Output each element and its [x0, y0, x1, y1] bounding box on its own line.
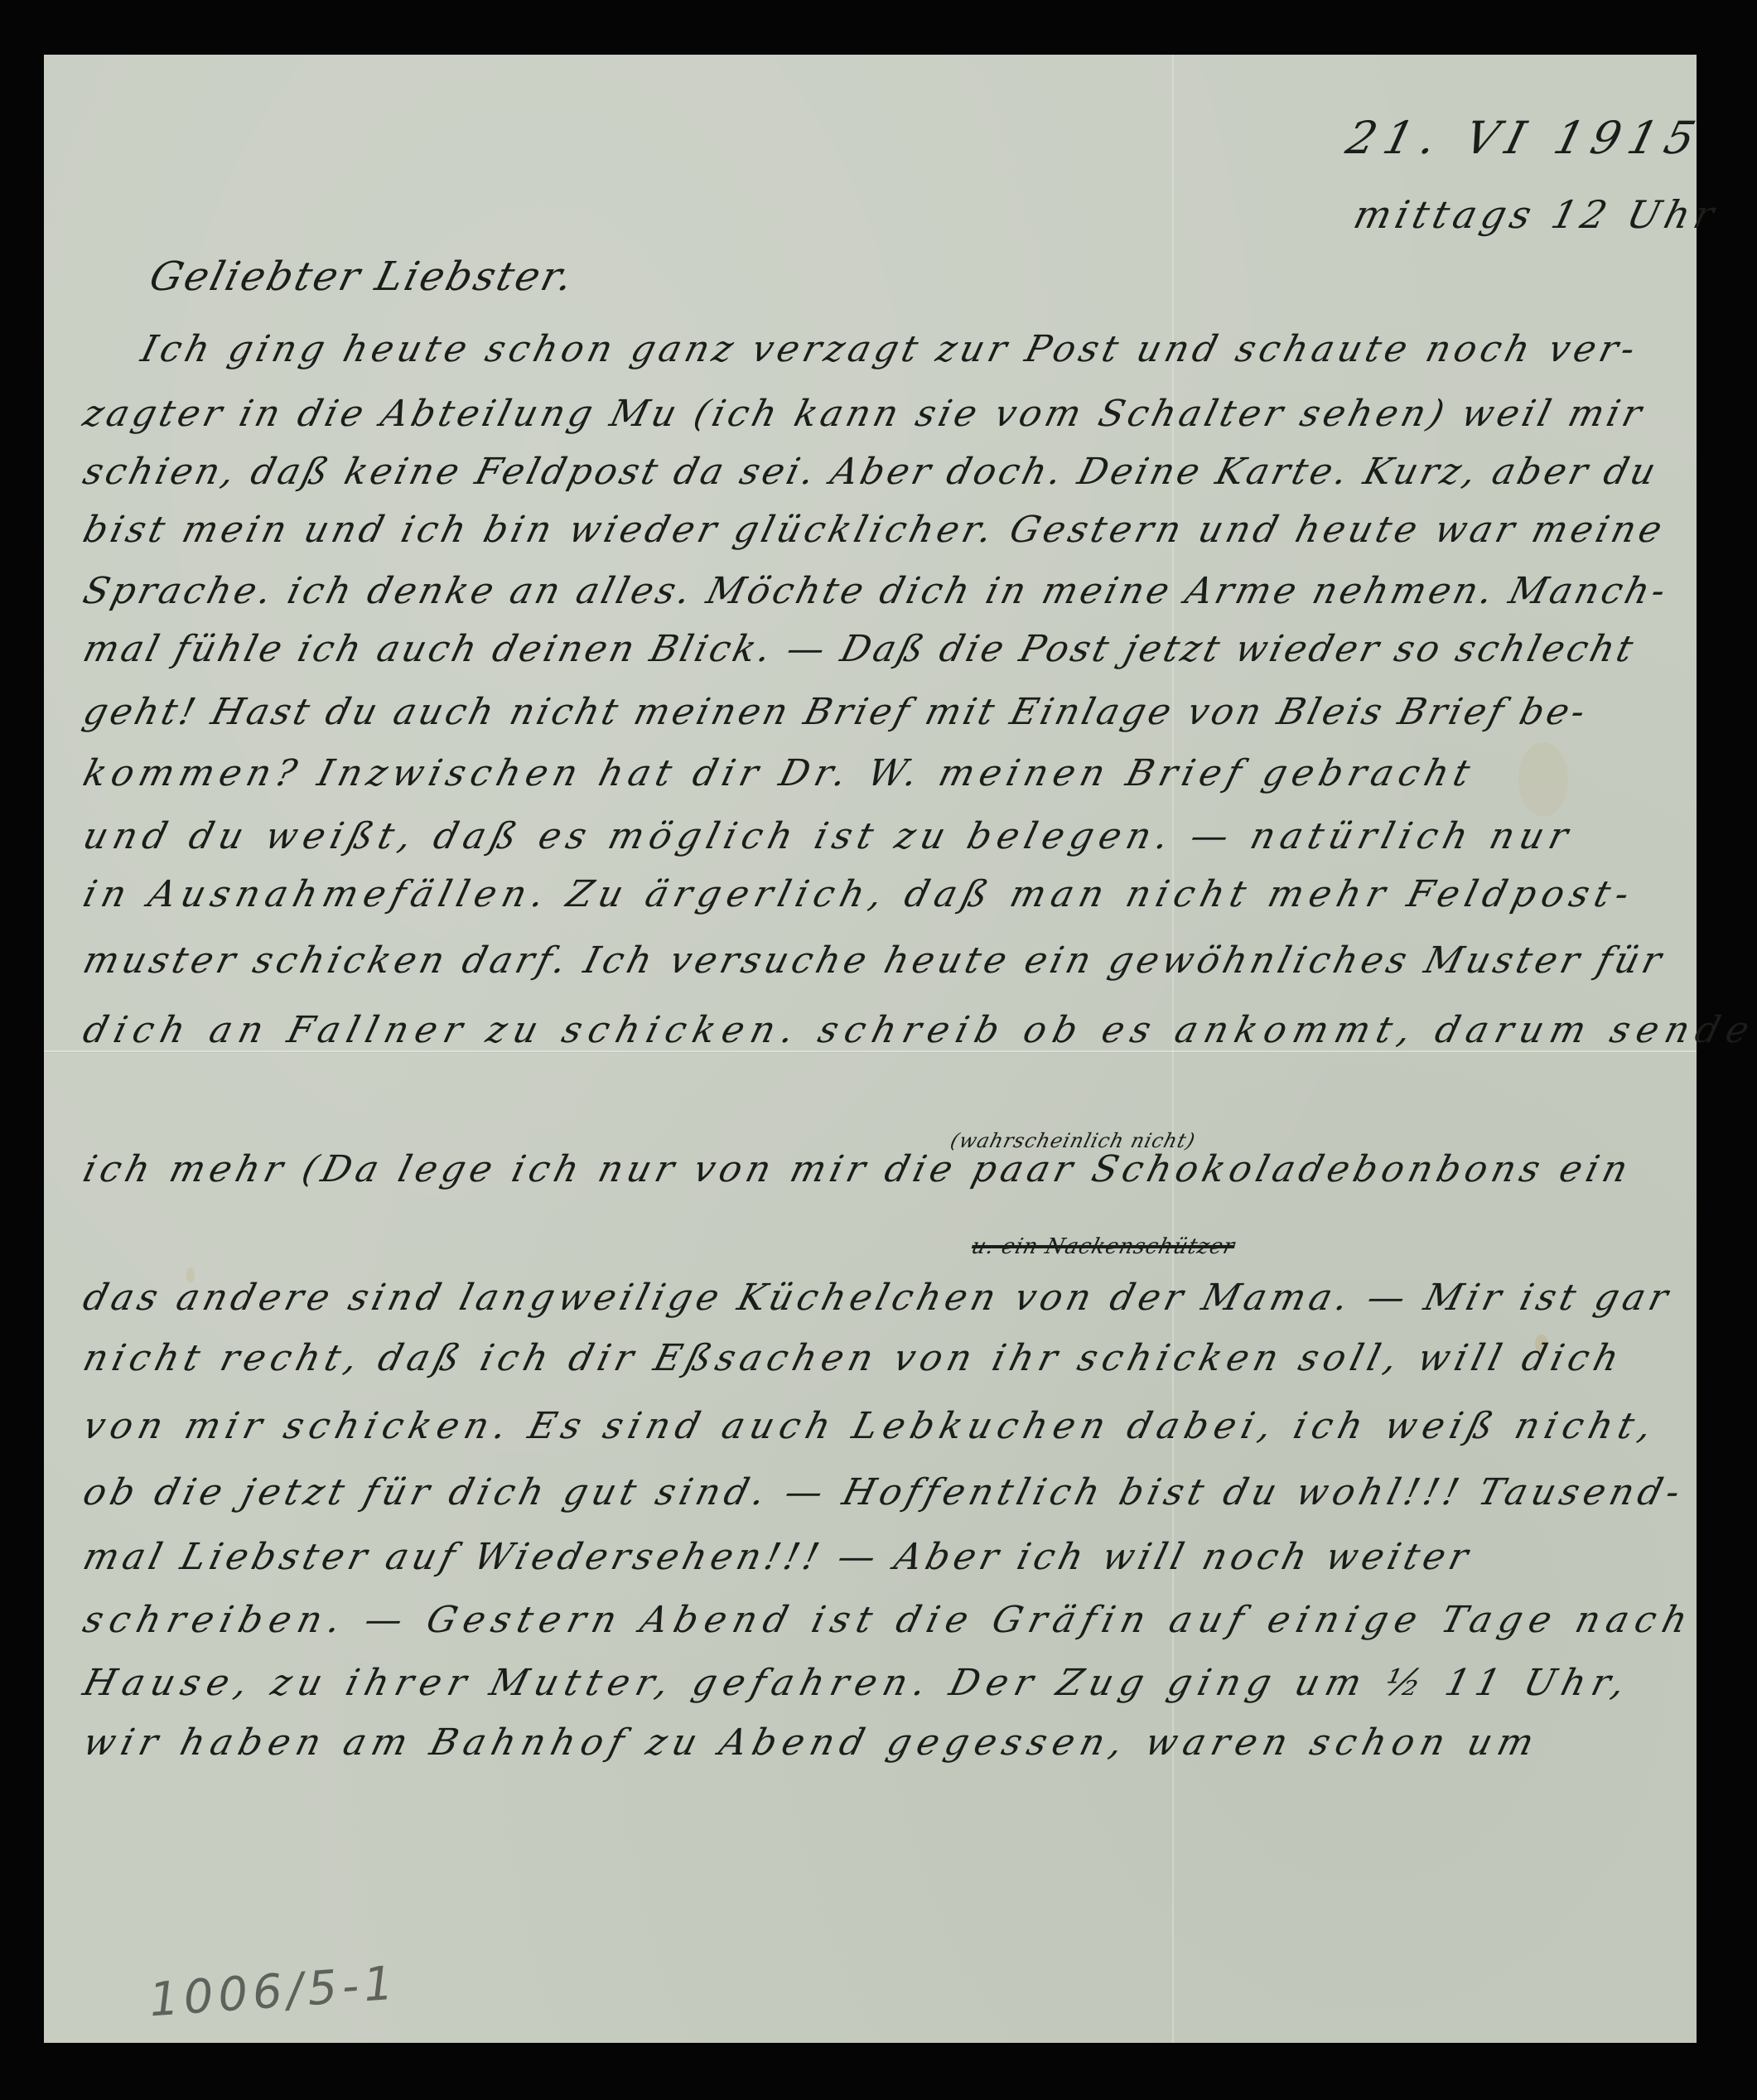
foxing-stain	[1518, 742, 1568, 817]
body-line-12: dich an Fallner zu schicken. schreib ob …	[80, 1012, 1757, 1049]
body-line-20: Hause, zu ihrer Mutter, gefahren. Der Zu…	[80, 1665, 1635, 1702]
letter-date: 21. VI 1915	[1342, 116, 1707, 161]
salutation: Geliebter Liebster.	[146, 257, 579, 297]
body-line-15: nicht recht, daß ich dir Eßsachen von ih…	[80, 1340, 1628, 1377]
letter-time: mittags 12 Uhr	[1350, 196, 1722, 234]
body-line-5: Sprache. ich denke an alles. Möchte dich…	[80, 573, 1672, 610]
body-line-13: ich mehr (Da lege ich nur von mir die pa…	[80, 1151, 1636, 1188]
body-line-7: geht! Hast du auch nicht meinen Brief mi…	[80, 694, 1591, 731]
body-line-19: schreiben. — Gestern Abend ist die Gräfi…	[80, 1602, 1697, 1639]
body-line-3: schien, daß keine Feldpost da sei. Aber …	[80, 454, 1662, 490]
body-line-11: muster schicken darf. Ich versuche heute…	[80, 943, 1668, 979]
body-line-9: und du weißt, daß es möglich ist zu bele…	[80, 818, 1577, 855]
body-line-17: ob die jetzt für dich gut sind. — Hoffen…	[80, 1475, 1688, 1511]
body-line-21: wir haben am Bahnhof zu Abend gegessen, …	[80, 1725, 1543, 1761]
body-line-18: mal Liebster auf Wiedersehen!!! — Aber i…	[80, 1539, 1476, 1576]
body-line-10: in Ausnahmefällen. Zu ärgerlich, daß man…	[80, 876, 1639, 913]
body-line-1: Ich ging heute schon ganz verzagt zur Po…	[138, 331, 1643, 368]
body-line-6: mal fühle ich auch deinen Blick. — Daß d…	[80, 631, 1639, 668]
body-line-2: zagter in die Abteilung Mu (ich kann sie…	[80, 396, 1648, 432]
body-line-8: kommen? Inzwischen hat dir Dr. W. meinen…	[80, 756, 1479, 792]
body-line-14: das andere sind langweilige Küchelchen v…	[80, 1280, 1676, 1316]
struck-insertion-nackenschuetzer: u. ein Nackenschützer	[969, 1236, 1238, 1258]
body-line-16: von mir schicken. Es sind auch Lebkuchen…	[80, 1408, 1661, 1445]
body-line-4: bist mein und ich bin wieder glücklicher…	[80, 512, 1669, 548]
